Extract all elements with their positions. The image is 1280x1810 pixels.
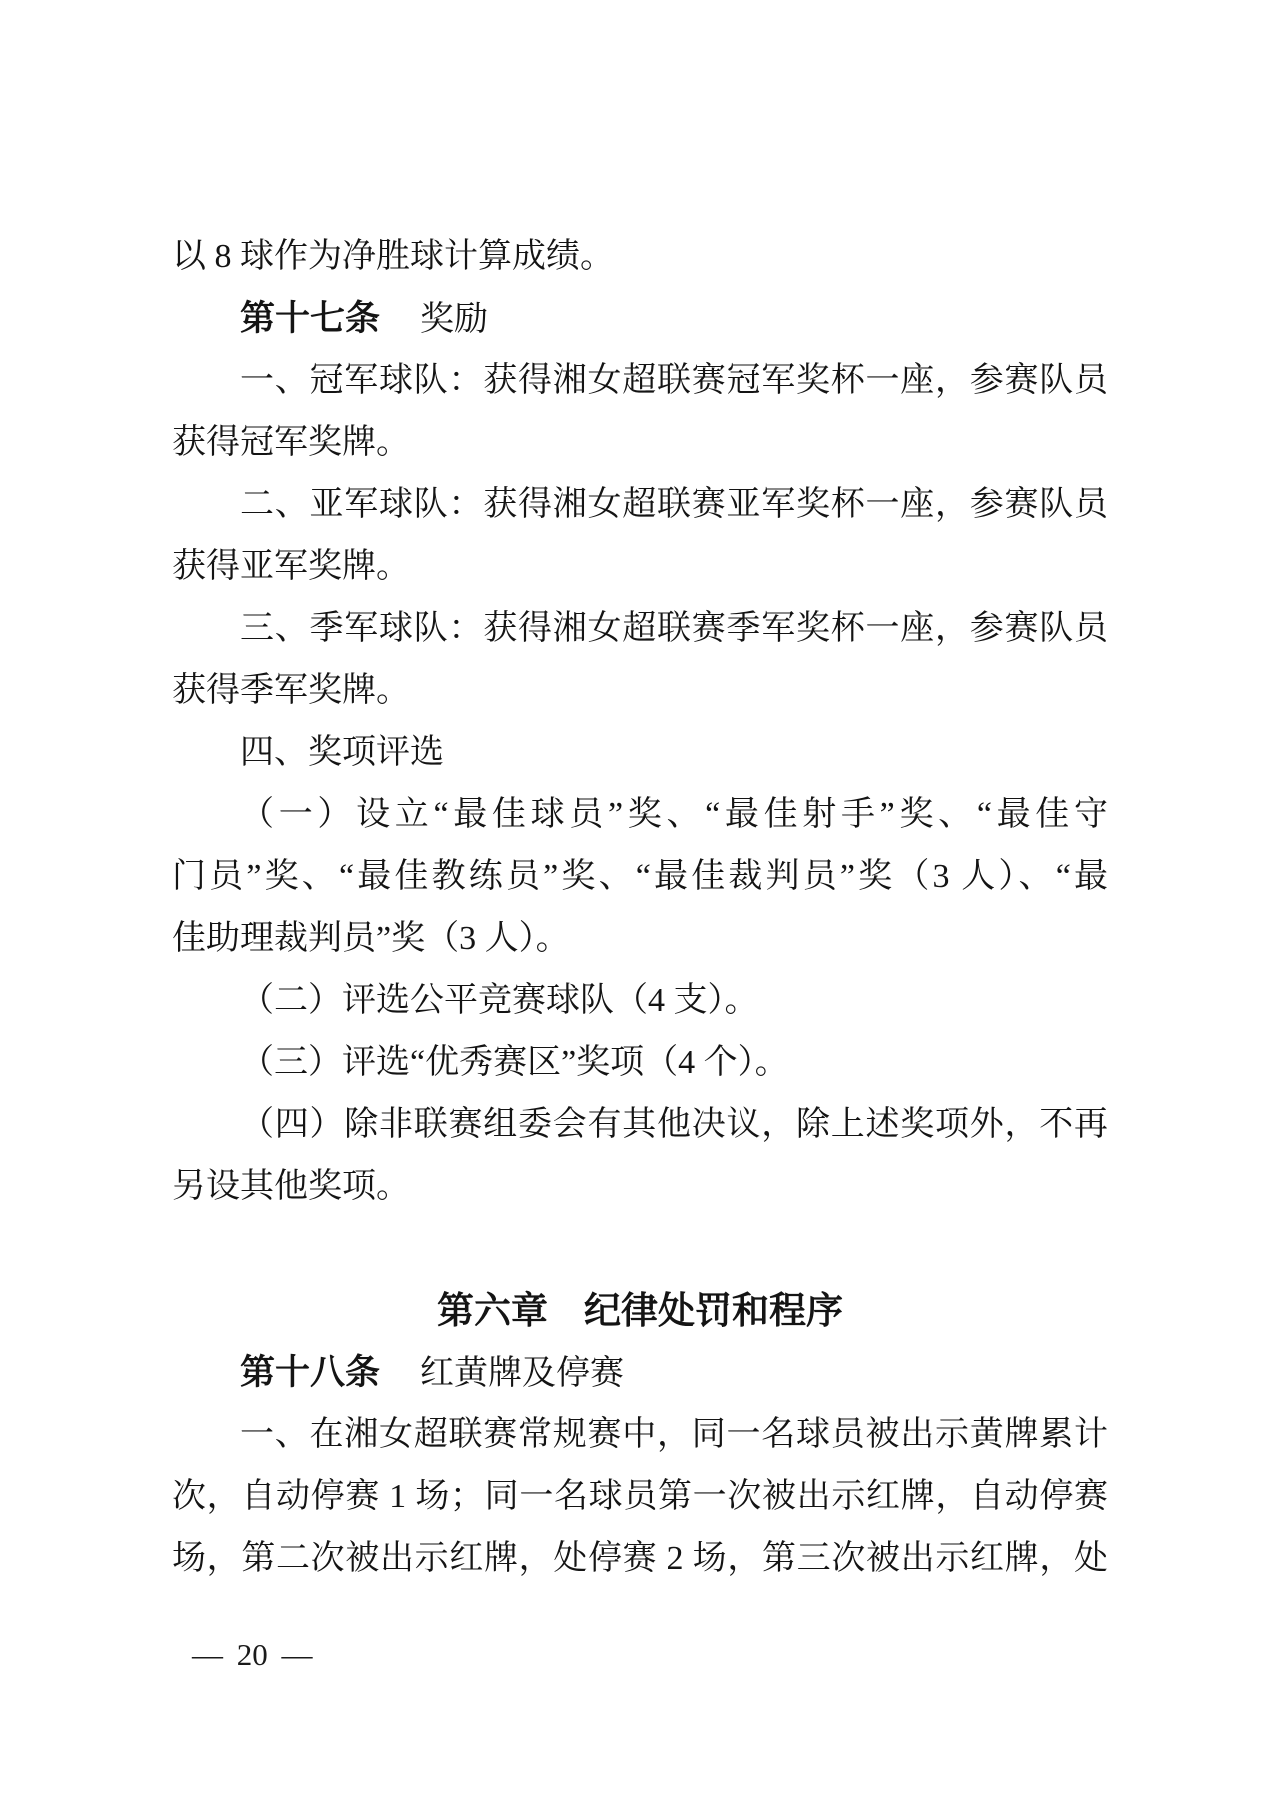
text-line: 另设其他奖项。: [172, 1156, 1108, 1218]
text-line: 以 8 球作为净胜球计算成绩。: [172, 226, 1108, 288]
text-line: （四）除非联赛组委会有其他决议，除上述奖项外，不再: [172, 1094, 1108, 1156]
text-line: 获得亚军奖牌。: [172, 536, 1108, 598]
chapter-number: 第六章: [437, 1290, 548, 1331]
document-content: 以 8 球作为净胜球计算成绩。第十七条奖励一、冠军球队：获得湘女超联赛冠军奖杯一…: [172, 226, 1108, 1590]
blank-line: [172, 1218, 1108, 1280]
article-number: 第十七条: [240, 299, 380, 338]
text-line: 门员”奖、“最佳教练员”奖、“最佳裁判员”奖（3 人）、“最: [172, 846, 1108, 908]
chapter-heading: 第六章纪律处罚和程序: [172, 1280, 1108, 1342]
text-line: 场，第二次被出示红牌，处停赛 2 场，第三次被出示红牌，处: [172, 1528, 1108, 1590]
document-page: 以 8 球作为净胜球计算成绩。第十七条奖励一、冠军球队：获得湘女超联赛冠军奖杯一…: [0, 0, 1280, 1810]
page-number: — 20 —: [192, 1634, 313, 1676]
article-title: 奖励: [420, 301, 488, 338]
article-number: 第十八条: [240, 1353, 380, 1392]
article-heading: 第十八条红黄牌及停赛: [172, 1342, 1108, 1404]
text-line: 获得季军奖牌。: [172, 660, 1108, 722]
text-line: （三）评选“优秀赛区”奖项（4 个）。: [172, 1032, 1108, 1094]
text-line: 一、冠军球队：获得湘女超联赛冠军奖杯一座，参赛队员: [172, 350, 1108, 412]
article-heading: 第十七条奖励: [172, 288, 1108, 350]
text-line: 佳助理裁判员”奖（3 人）。: [172, 908, 1108, 970]
text-line: 一、在湘女超联赛常规赛中，同一名球员被出示黄牌累计 3: [172, 1404, 1108, 1466]
article-title: 红黄牌及停赛: [420, 1355, 624, 1392]
text-line: 三、季军球队：获得湘女超联赛季军奖杯一座，参赛队员: [172, 598, 1108, 660]
text-line: 二、亚军球队：获得湘女超联赛亚军奖杯一座，参赛队员: [172, 474, 1108, 536]
text-line: 四、奖项评选: [172, 722, 1108, 784]
chapter-title: 纪律处罚和程序: [584, 1290, 843, 1331]
text-line: （一）设立“最佳球员”奖、“最佳射手”奖、“最佳守: [172, 784, 1108, 846]
text-line: （二）评选公平竞赛球队（4 支）。: [172, 970, 1108, 1032]
text-line: 次，自动停赛 1 场；同一名球员第一次被出示红牌，自动停赛 1: [172, 1466, 1108, 1528]
text-line: 获得冠军奖牌。: [172, 412, 1108, 474]
